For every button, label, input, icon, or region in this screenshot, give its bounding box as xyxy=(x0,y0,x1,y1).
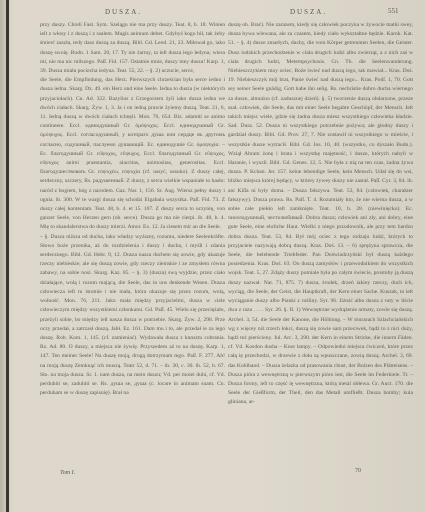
right-column: duszę ob. Brać). Nie zarazem, kiedy się … xyxy=(228,21,413,408)
book-binding-line xyxy=(6,0,9,512)
book-page: DUSZA. DUSZA. 551 przy duszy. Chreli Fas… xyxy=(0,0,425,512)
paragraph: – §. Dusza niższa od ducha, iako władzy … xyxy=(40,233,225,399)
running-header-left: DUSZA. xyxy=(105,8,142,16)
page-number: 551 xyxy=(388,7,399,15)
running-header-right: DUSZA. xyxy=(290,8,327,16)
paragraph: przy duszy. Chreli Fast. Sym. Szelągu ni… xyxy=(40,21,225,76)
left-column: przy duszy. Chreli Fast. Sym. Szelągu ni… xyxy=(40,21,225,398)
paragraph: die Seele, die Empfindung, das Herz. Pie… xyxy=(40,76,225,232)
paragraph: duszę ob. Brać). Nie zarazem, kiedy się … xyxy=(228,21,413,408)
volume-label: Tom I. xyxy=(60,470,75,476)
signature-mark: 70 xyxy=(355,468,361,474)
